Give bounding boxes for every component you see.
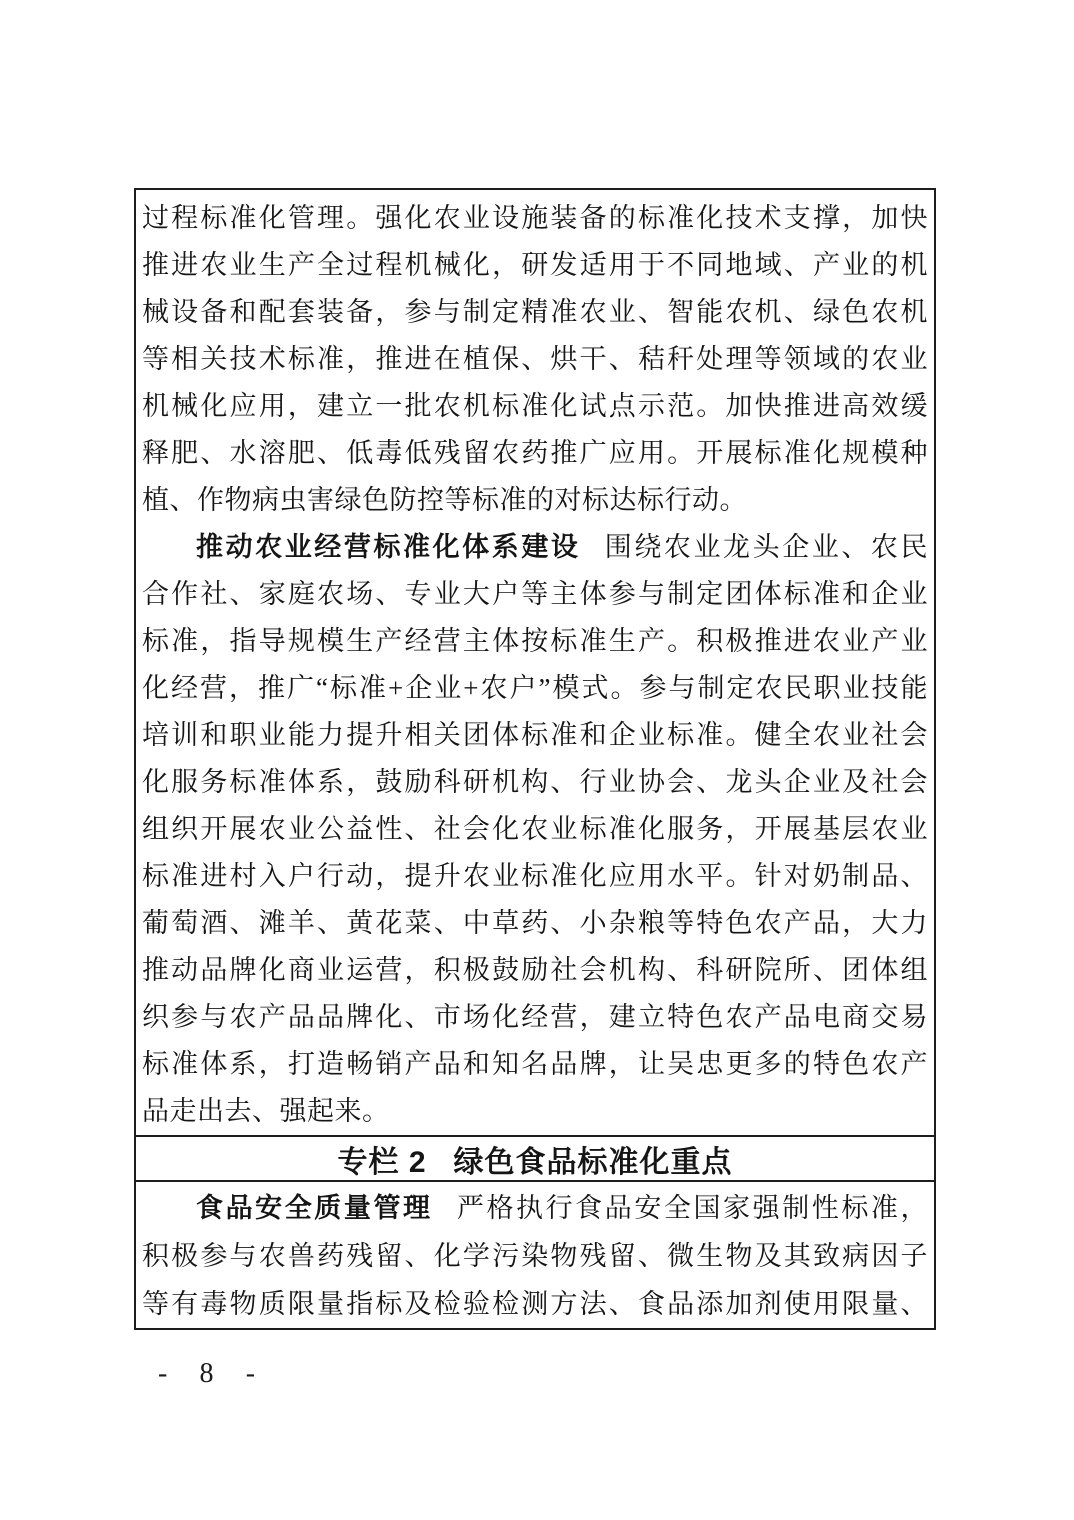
body-line: 推进农业生产全过程机械化，研发适用于不同地域、产业的机 [142,242,928,289]
body-line: 释肥、水溶肥、低毒低残留农药推广应用。开展标准化规模种 [142,430,928,477]
paragraph-agri-production: 过程标准化管理。强化农业设施装备的标准化技术支撑，加快 推进农业生产全过程机械化… [136,190,934,1135]
content-box: 过程标准化管理。强化农业设施装备的标准化技术支撑，加快 推进农业生产全过程机械化… [134,188,936,1330]
body-line: 等有毒物质限量指标及检验检测方法、食品添加剂使用限量、 [142,1280,928,1328]
body-line: 培训和职业能力提升相关团体标准和企业标准。健全农业社会 [142,712,928,759]
body-line: 合作社、家庭农场、专业大户等主体参与制定团体标准和企业 [142,571,928,618]
body-line: 推动品牌化商业运营，积极鼓励社会机构、科研院所、团体组 [142,947,928,994]
paragraph-food-safety: 食品安全质量管理严格执行食品安全国家强制性标准， 积极参与农兽药残留、化学污染物… [136,1182,934,1328]
column-2-header-row: 专栏 2绿色食品标准化重点 [136,1135,934,1182]
column-2-label: 专栏 2 [337,1137,426,1181]
paragraph-lead-rest: 围绕农业龙头企业、农民 [605,532,928,562]
body-line: 葡萄酒、滩羊、黄花菜、中草药、小杂粮等特色农产品，大力 [142,900,928,947]
paragraph-lead-bold: 食品安全质量管理 [196,1193,433,1223]
body-line: 械设备和配套装备，参与制定精准农业、智能农机、绿色农机 [142,289,928,336]
column-2-title: 绿色食品标准化重点 [454,1137,733,1181]
body-line: 化服务标准体系，鼓励科研机构、行业协会、龙头企业及社会 [142,759,928,806]
paragraph-lead-rest: 严格执行食品安全国家强制性标准， [457,1193,928,1223]
body-line: 过程标准化管理。强化农业设施装备的标准化技术支撑，加快 [142,195,928,242]
page-number: - 8 - [158,1358,268,1390]
body-line: 机械化应用，建立一批农机标准化试点示范。加快推进高效缓 [142,383,928,430]
body-line: 植、作物病虫害绿色防控等标准的对标达标行动。 [142,477,928,524]
body-line: 化经营，推广“标准+企业+农户”模式。参与制定农民职业技能 [142,665,928,712]
body-line: 织参与农产品品牌化、市场化经营，建立特色农产品电商交易 [142,994,928,1041]
body-line: 标准进村入户行动，提升农业标准化应用水平。针对奶制品、 [142,853,928,900]
paragraph-lead-line: 推动农业经营标准化体系建设围绕农业龙头企业、农民 [142,524,928,571]
paragraph-lead-line: 食品安全质量管理严格执行食品安全国家强制性标准， [142,1184,928,1232]
body-line: 组织开展农业公益性、社会化农业标准化服务，开展基层农业 [142,806,928,853]
body-line: 品走出去、强起来。 [142,1088,928,1135]
body-line: 积极参与农兽药残留、化学污染物残留、微生物及其致病因子 [142,1232,928,1280]
paragraph-lead-bold: 推动农业经营标准化体系建设 [196,532,580,562]
body-line: 标准，指导规模生产经营主体按标准生产。积极推进农业产业 [142,618,928,665]
body-line: 等相关技术标准，推进在植保、烘干、秸秆处理等领域的农业 [142,336,928,383]
body-line: 标准体系，打造畅销产品和知名品牌，让吴忠更多的特色农产 [142,1041,928,1088]
